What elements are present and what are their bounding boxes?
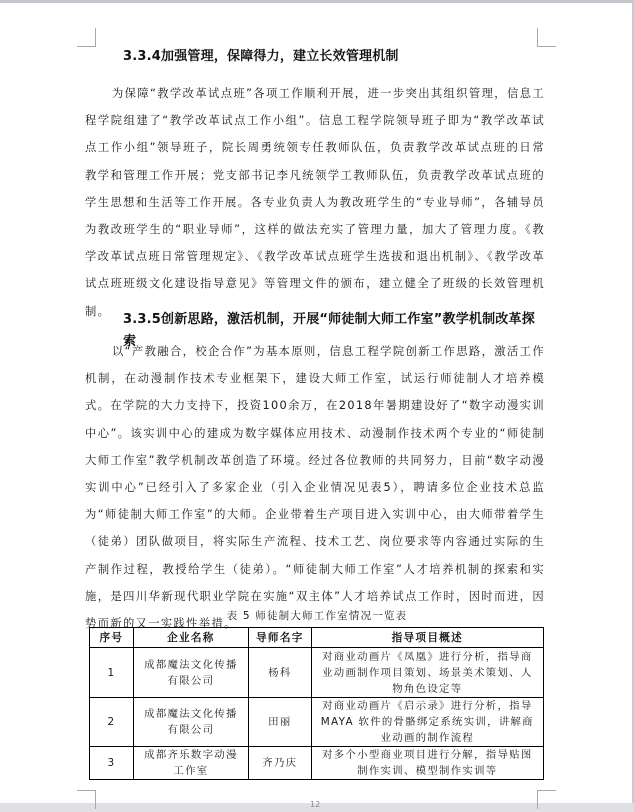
cell-mentor: 杨科 [249, 648, 312, 698]
header-summary: 指导项目概述 [311, 628, 543, 648]
crop-mark-bottom-right [537, 790, 556, 809]
page-number: 12 [310, 800, 320, 809]
section-heading-3-3-4: 3.3.4加强管理，保障得力，建立长效管理机制 [95, 46, 399, 68]
section-paragraph-3-3-4: 为保障“教学改革试点班”各项工作顺利开展，进一步突出其组织管理，信息工程学院组建… [85, 80, 545, 325]
table-row: 2 成都魔法文化传播有限公司 田丽 对商业动画片《启示录》进行分析，指导 MAY… [90, 698, 544, 747]
window-top-bar [0, 0, 634, 3]
header-mentor: 导师名字 [249, 628, 312, 648]
header-no: 序号 [90, 628, 134, 648]
crop-mark-bottom-left [77, 790, 96, 809]
table-header-row: 序号 企业名称 导师名字 指导项目概述 [90, 628, 544, 648]
cell-no: 1 [90, 648, 134, 698]
table-caption: 表 5 师徒制大师工作室情况一览表 [0, 608, 634, 623]
cell-no: 2 [90, 698, 134, 747]
header-company: 企业名称 [133, 628, 248, 648]
cell-summary: 对商业动画片《凤凰》进行分析，指导商业动画制作项目策划、场景美术策划、人物角色设… [311, 648, 543, 698]
table-row: 3 成都齐乐数字动漫工作室 齐乃庆 对多个小型商业项目进行分解，指导贴图制作实训… [90, 747, 544, 780]
crop-mark-top-right [537, 28, 556, 47]
cell-company: 成都魔法文化传播有限公司 [133, 648, 248, 698]
cell-mentor: 齐乃庆 [249, 747, 312, 780]
cell-company: 成都魔法文化传播有限公司 [133, 698, 248, 747]
cell-summary: 对多个小型商业项目进行分解，指导贴图制作实训、模型制作实训等 [311, 747, 543, 780]
table-row: 1 成都魔法文化传播有限公司 杨科 对商业动画片《凤凰》进行分析，指导商业动画制… [90, 648, 544, 698]
cell-mentor: 田丽 [249, 698, 312, 747]
crop-mark-top-left [77, 28, 96, 47]
mentor-studio-table: 序号 企业名称 导师名字 指导项目概述 1 成都魔法文化传播有限公司 杨科 对商… [89, 627, 544, 780]
cell-no: 3 [90, 747, 134, 780]
section-paragraph-3-3-5: 以“产教融合，校企合作”为基本原则，信息工程学院创新工作思路，激活工作机制，在动… [85, 338, 545, 637]
cell-summary: 对商业动画片《启示录》进行分析，指导 MAYA 软件的骨骼绑定系统实训，讲解商业… [311, 698, 543, 747]
cell-company: 成都齐乐数字动漫工作室 [133, 747, 248, 780]
